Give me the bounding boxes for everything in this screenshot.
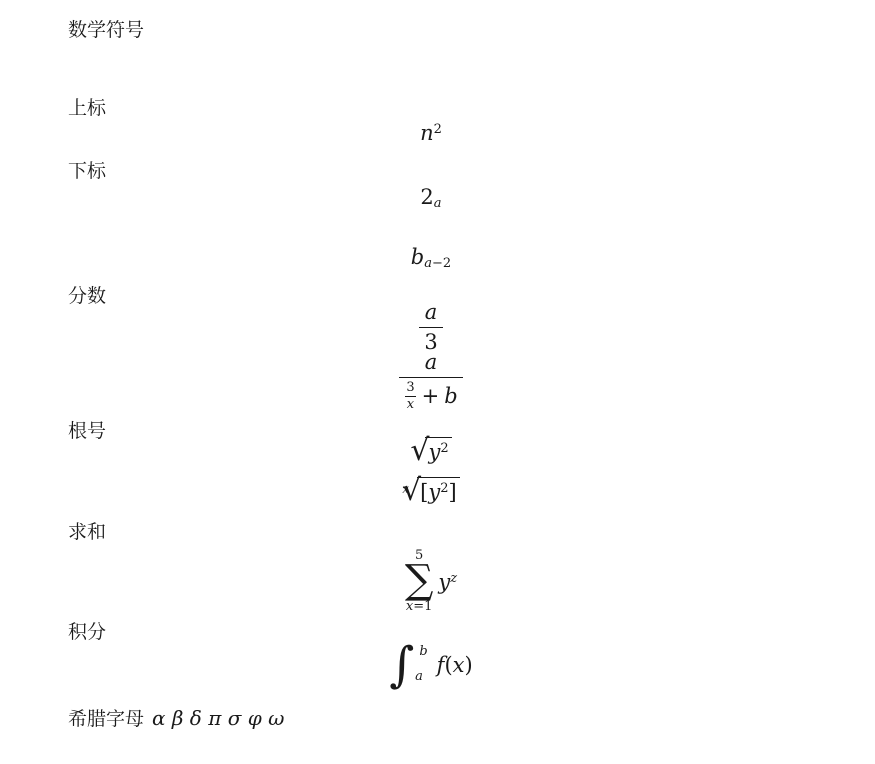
square-root: √y2 bbox=[410, 436, 451, 466]
subscript2-sub-rest: −2 bbox=[432, 256, 451, 271]
subscript2-sub: a−2 bbox=[424, 256, 451, 271]
summation: 5∑x=1yz bbox=[405, 549, 457, 613]
inner-fraction-numerator: 3 bbox=[404, 381, 416, 396]
subscript2-base: b bbox=[411, 245, 424, 269]
integral-limits: ba bbox=[414, 638, 427, 692]
radicand-base: y bbox=[428, 480, 440, 504]
subscript2-sub-var: a bbox=[424, 256, 432, 271]
fraction: a3 bbox=[419, 301, 442, 354]
close-bracket: ] bbox=[449, 480, 457, 504]
radicand: [y2] bbox=[417, 477, 460, 505]
radicand: y2 bbox=[425, 437, 451, 465]
radicand-exponent: 2 bbox=[440, 481, 448, 496]
close-paren: ) bbox=[464, 653, 472, 677]
formula-superscript: n2 bbox=[0, 117, 862, 146]
inner-fraction: 3x bbox=[404, 381, 416, 413]
integral-lower-limit: a bbox=[410, 664, 427, 689]
subscript1-sub: a bbox=[434, 196, 442, 211]
root-index: x bbox=[402, 477, 409, 502]
formula-integral: ∫baf(x) bbox=[0, 638, 862, 692]
integral-upper-limit: b bbox=[419, 639, 427, 664]
outer-fraction-denominator: 3x+b bbox=[399, 377, 462, 413]
superscript-base: n bbox=[420, 121, 434, 145]
greek-letters-row: 希腊字母α β δ π σ φ ω bbox=[68, 706, 284, 731]
inner-fraction-denominator: x bbox=[405, 396, 416, 412]
fraction-numerator: a bbox=[420, 301, 443, 327]
formula-fraction-simple: a3 bbox=[0, 301, 862, 354]
formula-subscript-simple: 2a bbox=[0, 185, 862, 216]
sigma-with-limits: 5∑x=1 bbox=[405, 549, 434, 613]
superscript-exponent: 2 bbox=[434, 122, 442, 137]
subscript1-base: 2 bbox=[420, 185, 433, 209]
sum-base: y bbox=[438, 570, 450, 594]
outer-fraction-numerator: a bbox=[420, 351, 443, 377]
sum-lower-rest: =1 bbox=[413, 599, 432, 614]
formula-sum: 5∑x=1yz bbox=[0, 540, 862, 613]
section-label-subscript: 下标 bbox=[68, 160, 106, 183]
page-title: 数学符号 bbox=[68, 19, 144, 42]
sum-exponent: z bbox=[450, 571, 457, 586]
plus-sign: + bbox=[422, 385, 440, 408]
document-page: 数学符号 上标 n2 下标 2a ba−2 分数 a3 a3x+b 根号 √y2… bbox=[0, 0, 875, 764]
integral-body: f(x) bbox=[437, 653, 473, 678]
sigma-sign: ∑ bbox=[405, 564, 434, 597]
sum-lower-limit: x=1 bbox=[406, 600, 433, 613]
open-paren: ( bbox=[444, 653, 452, 677]
formula-fraction-nested: a3x+b bbox=[0, 351, 862, 413]
nth-root: x√[y2] bbox=[402, 476, 459, 506]
radicand-exponent: 2 bbox=[440, 441, 448, 456]
radicand-base: y bbox=[428, 440, 440, 464]
integral: ∫baf(x) bbox=[389, 638, 472, 692]
outer-fraction: a3x+b bbox=[399, 351, 462, 413]
formula-nth-root: x√[y2] bbox=[0, 476, 862, 506]
integral-arg: x bbox=[453, 653, 465, 677]
formula-square-root: √y2 bbox=[0, 436, 862, 466]
formula-subscript-expression: ba−2 bbox=[0, 245, 862, 276]
greek-letters: α β δ π σ φ ω bbox=[152, 706, 284, 730]
denominator-var: b bbox=[444, 385, 457, 408]
greek-label: 希腊字母 bbox=[68, 708, 144, 730]
sum-body: yz bbox=[438, 566, 457, 595]
